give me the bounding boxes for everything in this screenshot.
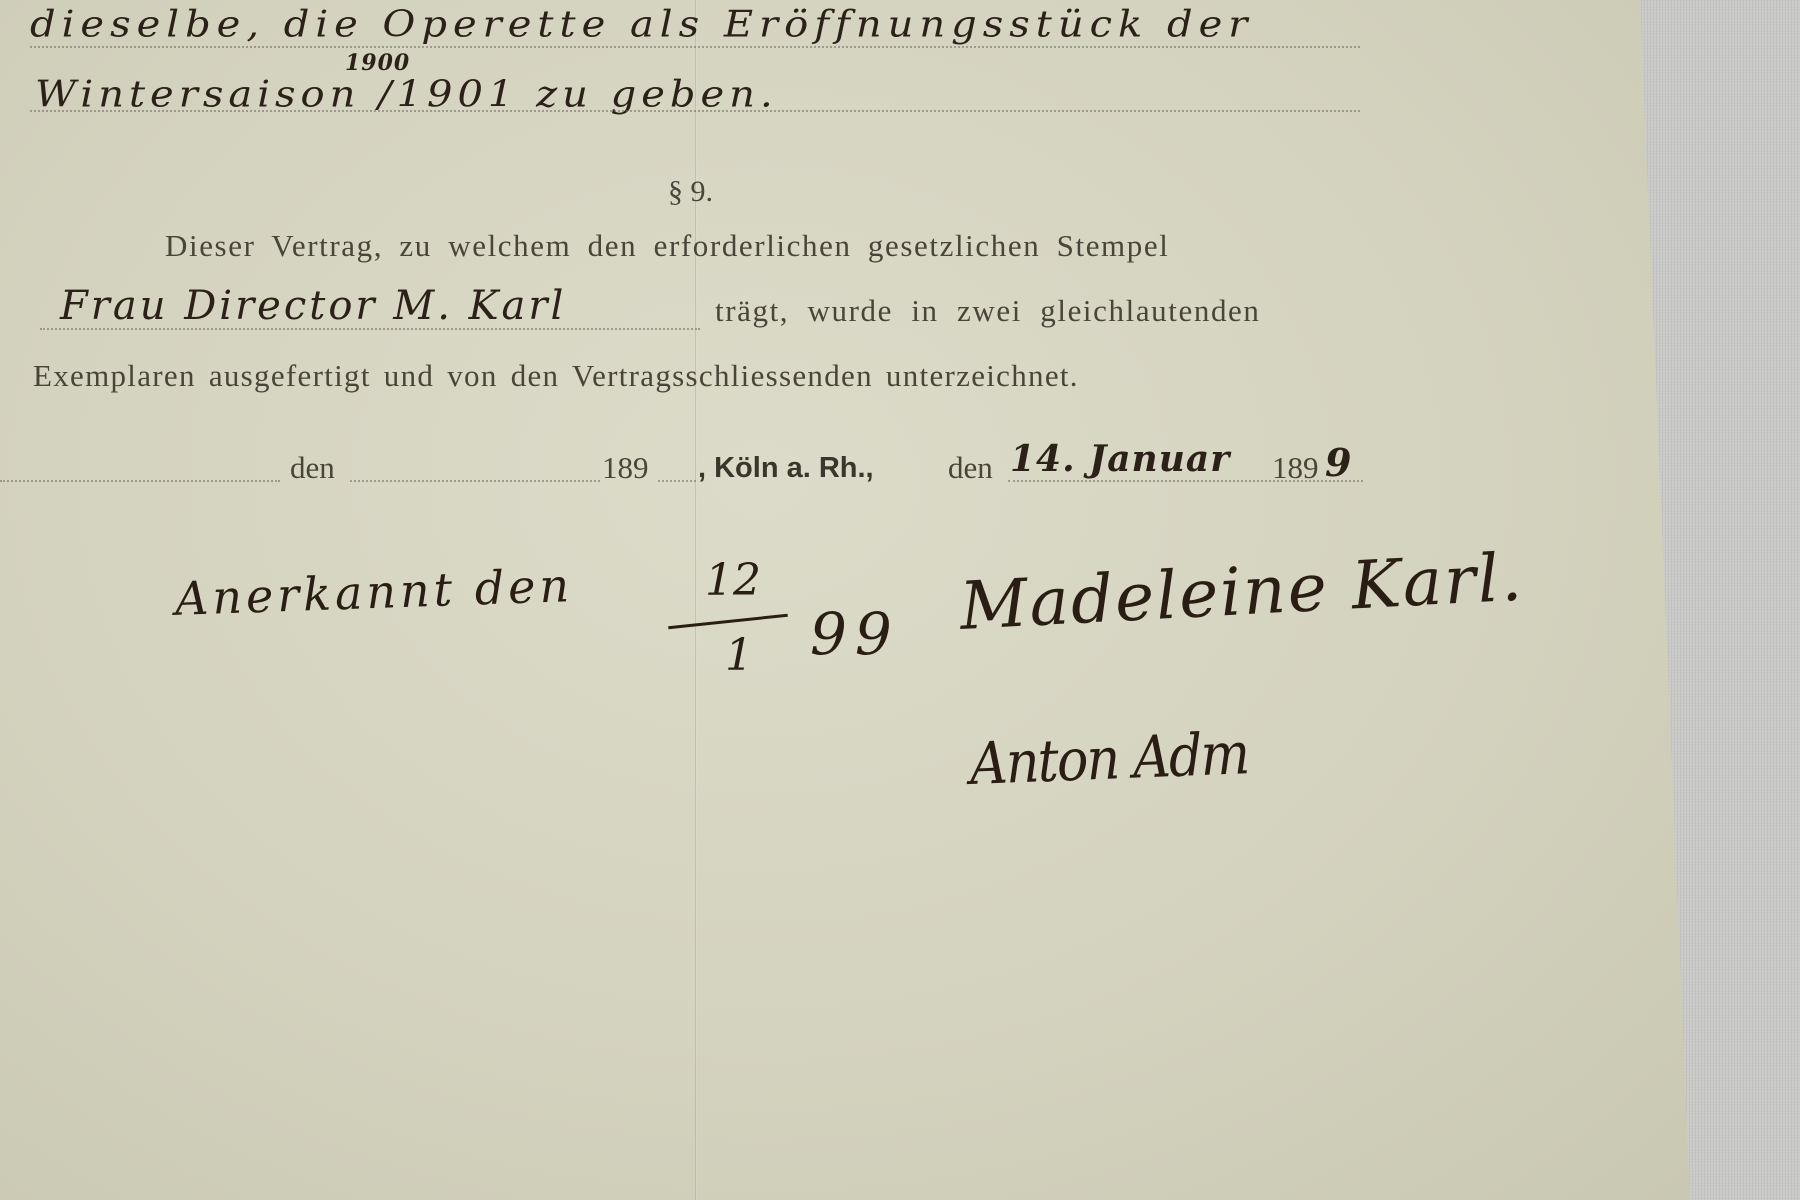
date-den-right: den (948, 450, 993, 486)
ack-date-numerator: 12 (705, 555, 761, 606)
dotted-rule-date-left-3 (658, 480, 696, 482)
ack-date-denominator: 1 (725, 630, 753, 681)
paragraph-line-1: Dieser Vertrag, zu welchem den erforderl… (165, 228, 1169, 264)
dotted-rule-stamp (40, 328, 700, 330)
paragraph-line-2: trägt, wurde in zwei gleichlautenden (715, 293, 1261, 329)
signature-madeleine-karl: Madeleine Karl. (958, 539, 1526, 645)
stamp-payer-handwritten: Frau Director M. Karl (60, 283, 566, 329)
dotted-rule-2 (30, 110, 1360, 112)
place-koeln: , Köln a. Rh., (698, 452, 874, 485)
ack-year: 99 (810, 600, 900, 668)
section-heading: § 9. (668, 175, 713, 209)
signature-second: Anton Adm (969, 719, 1249, 798)
date-handwritten: 14. Januar (1010, 438, 1230, 480)
date-den-left: den (290, 450, 335, 486)
paragraph-line-3: Exemplaren ausgefertigt und von den Vert… (33, 358, 1079, 394)
dotted-rule-1 (30, 46, 1360, 48)
dotted-rule-date-left-2 (350, 480, 600, 482)
date-year-right: 189 (1272, 450, 1319, 486)
contract-page: dieselbe, die Operette als Eröffnungsstü… (0, 0, 1690, 1200)
date-year-left: 189 (602, 450, 649, 486)
date-year-digit-handwritten: 9 (1325, 440, 1352, 485)
dotted-rule-date-left-1 (0, 480, 280, 482)
handwritten-superscript-1900: 1900 (345, 50, 410, 76)
acknowledgement-text: Anerkannt den (174, 558, 574, 626)
handwritten-line-1: dieselbe, die Operette als Eröffnungsstü… (30, 4, 1253, 45)
ack-date-fraction-bar (668, 614, 788, 630)
